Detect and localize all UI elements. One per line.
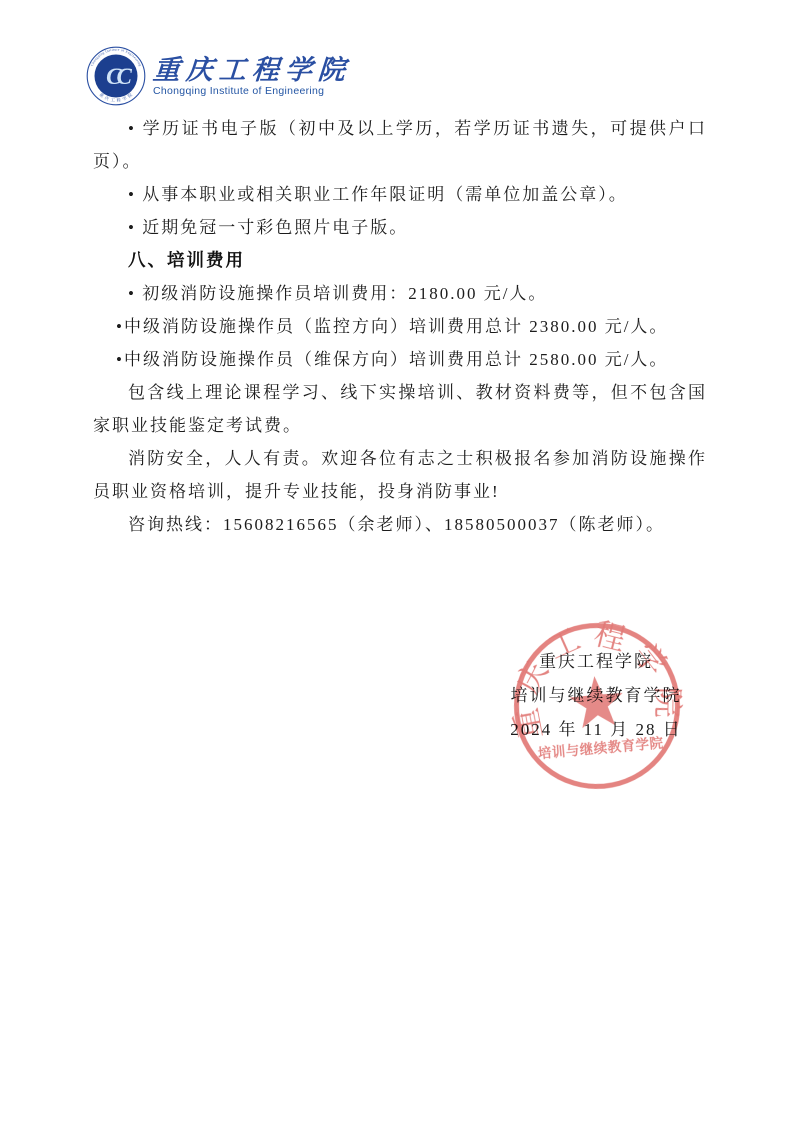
letterhead: CC Chongqing Institute of Engineering 重 … bbox=[86, 46, 351, 106]
fee-item: • 初级消防设施操作员培训费用：2180.00 元/人。 bbox=[93, 277, 707, 310]
hotline-line: 咨询热线：15608216565（余老师）、18580500037（陈老师）。 bbox=[93, 508, 707, 541]
requirement-item: • 学历证书电子版（初中及以上学历，若学历证书遗失，可提供户口页）。 bbox=[93, 112, 707, 178]
university-emblem-icon: CC Chongqing Institute of Engineering 重 … bbox=[86, 46, 146, 106]
fee-item: •中级消防设施操作员（维保方向）培训费用总计 2580.00 元/人。 bbox=[93, 343, 707, 376]
section-heading-fees: 八、培训费用 bbox=[93, 244, 707, 277]
logo-name-cn: 重庆工程学院 bbox=[152, 55, 352, 85]
signature-date: 2024 年 11 月 28 日 bbox=[468, 713, 724, 747]
requirement-item: • 从事本职业或相关职业工作年限证明（需单位加盖公章）。 bbox=[93, 178, 707, 211]
requirement-item: • 近期免冠一寸彩色照片电子版。 bbox=[93, 211, 707, 244]
signature-org-line1: 重庆工程学院 bbox=[468, 645, 724, 679]
logo-name-en: Chongqing Institute of Engineering bbox=[153, 85, 351, 98]
document-page: CC Chongqing Institute of Engineering 重 … bbox=[0, 0, 794, 1122]
signature-org-line2: 培训与继续教育学院 bbox=[468, 679, 724, 713]
signature-block: 重庆工程学院 培训与继续教育学院 2024 年 11 月 28 日 bbox=[468, 645, 724, 747]
fee-item: •中级消防设施操作员（监控方向）培训费用总计 2380.00 元/人。 bbox=[93, 310, 707, 343]
document-body: • 学历证书电子版（初中及以上学历，若学历证书遗失，可提供户口页）。 • 从事本… bbox=[93, 112, 707, 541]
logo-wordmark: 重庆工程学院 Chongqing Institute of Engineerin… bbox=[153, 55, 351, 98]
fee-note: 包含线上理论课程学习、线下实操培训、教材资料费等，但不包含国家职业技能鉴定考试费… bbox=[93, 376, 707, 442]
closing-promo: 消防安全，人人有责。欢迎各位有志之士积极报名参加消防设施操作员职业资格培训，提升… bbox=[93, 442, 707, 508]
